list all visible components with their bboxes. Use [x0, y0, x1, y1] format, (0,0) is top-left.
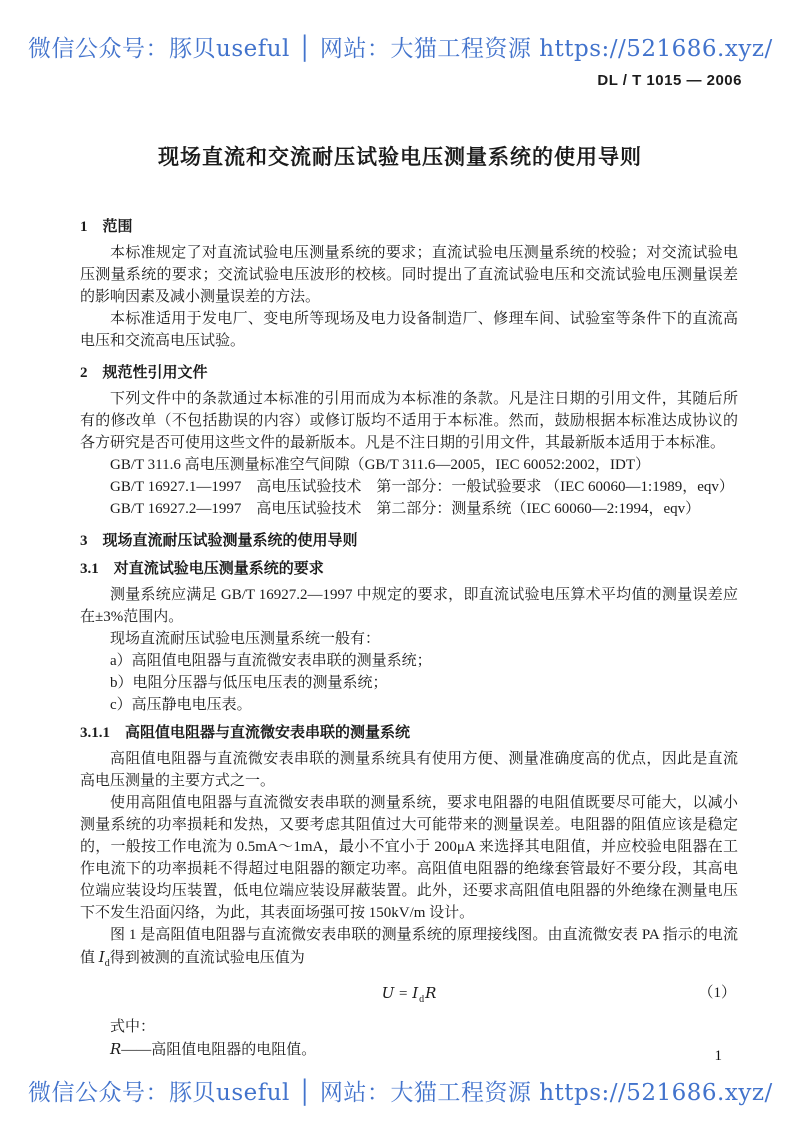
- figure-reference-text-cont: 得到被测的直流试验电压值为: [110, 950, 305, 966]
- section-3-1-1-paragraph-2: 使用高阻值电阻器与直流微安表串联的测量系统，要求电阻器的电阻值既要尽可能大，以减…: [80, 792, 738, 924]
- current-symbol: I: [411, 984, 419, 1002]
- resistance-symbol: R: [110, 1040, 121, 1058]
- section-2-heading: 2 规范性引用文件: [80, 362, 738, 384]
- list-item-a: a）高阻值电阻器与直流微安表串联的测量系统；: [80, 650, 738, 672]
- voltage-symbol: U: [381, 984, 396, 1002]
- watermark-bottom: 微信公众号：豚贝useful │ 网站：大猫工程资源 https://52168…: [28, 1074, 788, 1107]
- watermark-top: 微信公众号：豚贝useful │ 网站：大猫工程资源 https://52168…: [28, 30, 788, 63]
- section-3-1-1-paragraph-3: 图 1 是高阻值电阻器与直流微安表串联的测量系统的原理接线图。由直流微安表 PA…: [80, 924, 738, 975]
- section-1-heading: 1 范围: [80, 216, 738, 238]
- reference-gbt-16927-2: GB/T 16927.2—1997 高电压试验技术 第二部分：测量系统（IEC …: [80, 498, 738, 520]
- equation-1: U = IdR （1）: [80, 982, 738, 1011]
- document-page: 微信公众号：豚贝useful │ 网站：大猫工程资源 https://52168…: [0, 0, 800, 1142]
- document-title: 现场直流和交流耐压试验电压测量系统的使用导则: [0, 141, 800, 171]
- section-3-1-paragraph-2: 现场直流耐压试验电压测量系统一般有：: [80, 628, 738, 650]
- section-3-heading: 3 现场直流耐压试验测量系统的使用导则: [80, 530, 738, 552]
- list-item-b: b）电阻分压器与低压电压表的测量系统；: [80, 672, 738, 694]
- section-1-paragraph-1: 本标准规定了对直流试验电压测量系统的要求；直流试验电压测量系统的校验；对交流试验…: [80, 242, 738, 308]
- reference-gbt-311-6: GB/T 311.6 高电压测量标准空气间隙（GB/T 311.6—2005，I…: [80, 454, 738, 476]
- resistance-symbol: R: [424, 984, 437, 1002]
- section-3-1-1-heading: 3.1.1 高阻值电阻器与直流微安表串联的测量系统: [80, 722, 738, 744]
- section-2-paragraph-1: 下列文件中的条款通过本标准的引用而成为本标准的条款。凡是注日期的引用文件，其随后…: [80, 388, 738, 454]
- symbol-definition-r: R——高阻值电阻器的电阻值。: [80, 1038, 738, 1061]
- section-3-1-1-paragraph-1: 高阻值电阻器与直流微安表串联的测量系统具有使用方便、测量准确度高的优点，因此是直…: [80, 748, 738, 792]
- section-1-paragraph-2: 本标准适用于发电厂、变电所等现场及电力设备制造厂、修理车间、试验室等条件下的直流…: [80, 308, 738, 352]
- document-body: 1 范围 本标准规定了对直流试验电压测量系统的要求；直流试验电压测量系统的校验；…: [80, 216, 738, 1061]
- reference-gbt-16927-1: GB/T 16927.1—1997 高电压试验技术 第一部分：一般试验要求 （I…: [80, 476, 738, 498]
- standard-number: DL / T 1015 — 2006: [597, 72, 742, 89]
- symbol-definition-text: ——高阻值电阻器的电阻值。: [121, 1042, 316, 1058]
- section-3-1-heading: 3.1 对直流试验电压测量系统的要求: [80, 558, 738, 580]
- where-label: 式中：: [80, 1016, 738, 1038]
- equation-number: （1）: [698, 982, 736, 1004]
- list-item-c: c）高压静电电压表。: [80, 694, 738, 716]
- equals-sign: =: [395, 986, 411, 1002]
- equation-expression: U = IdR: [381, 986, 438, 1002]
- section-3-1-paragraph-1: 测量系统应满足 GB/T 16927.2—1997 中规定的要求，即直流试验电压…: [80, 584, 738, 628]
- page-number: 1: [715, 1048, 723, 1065]
